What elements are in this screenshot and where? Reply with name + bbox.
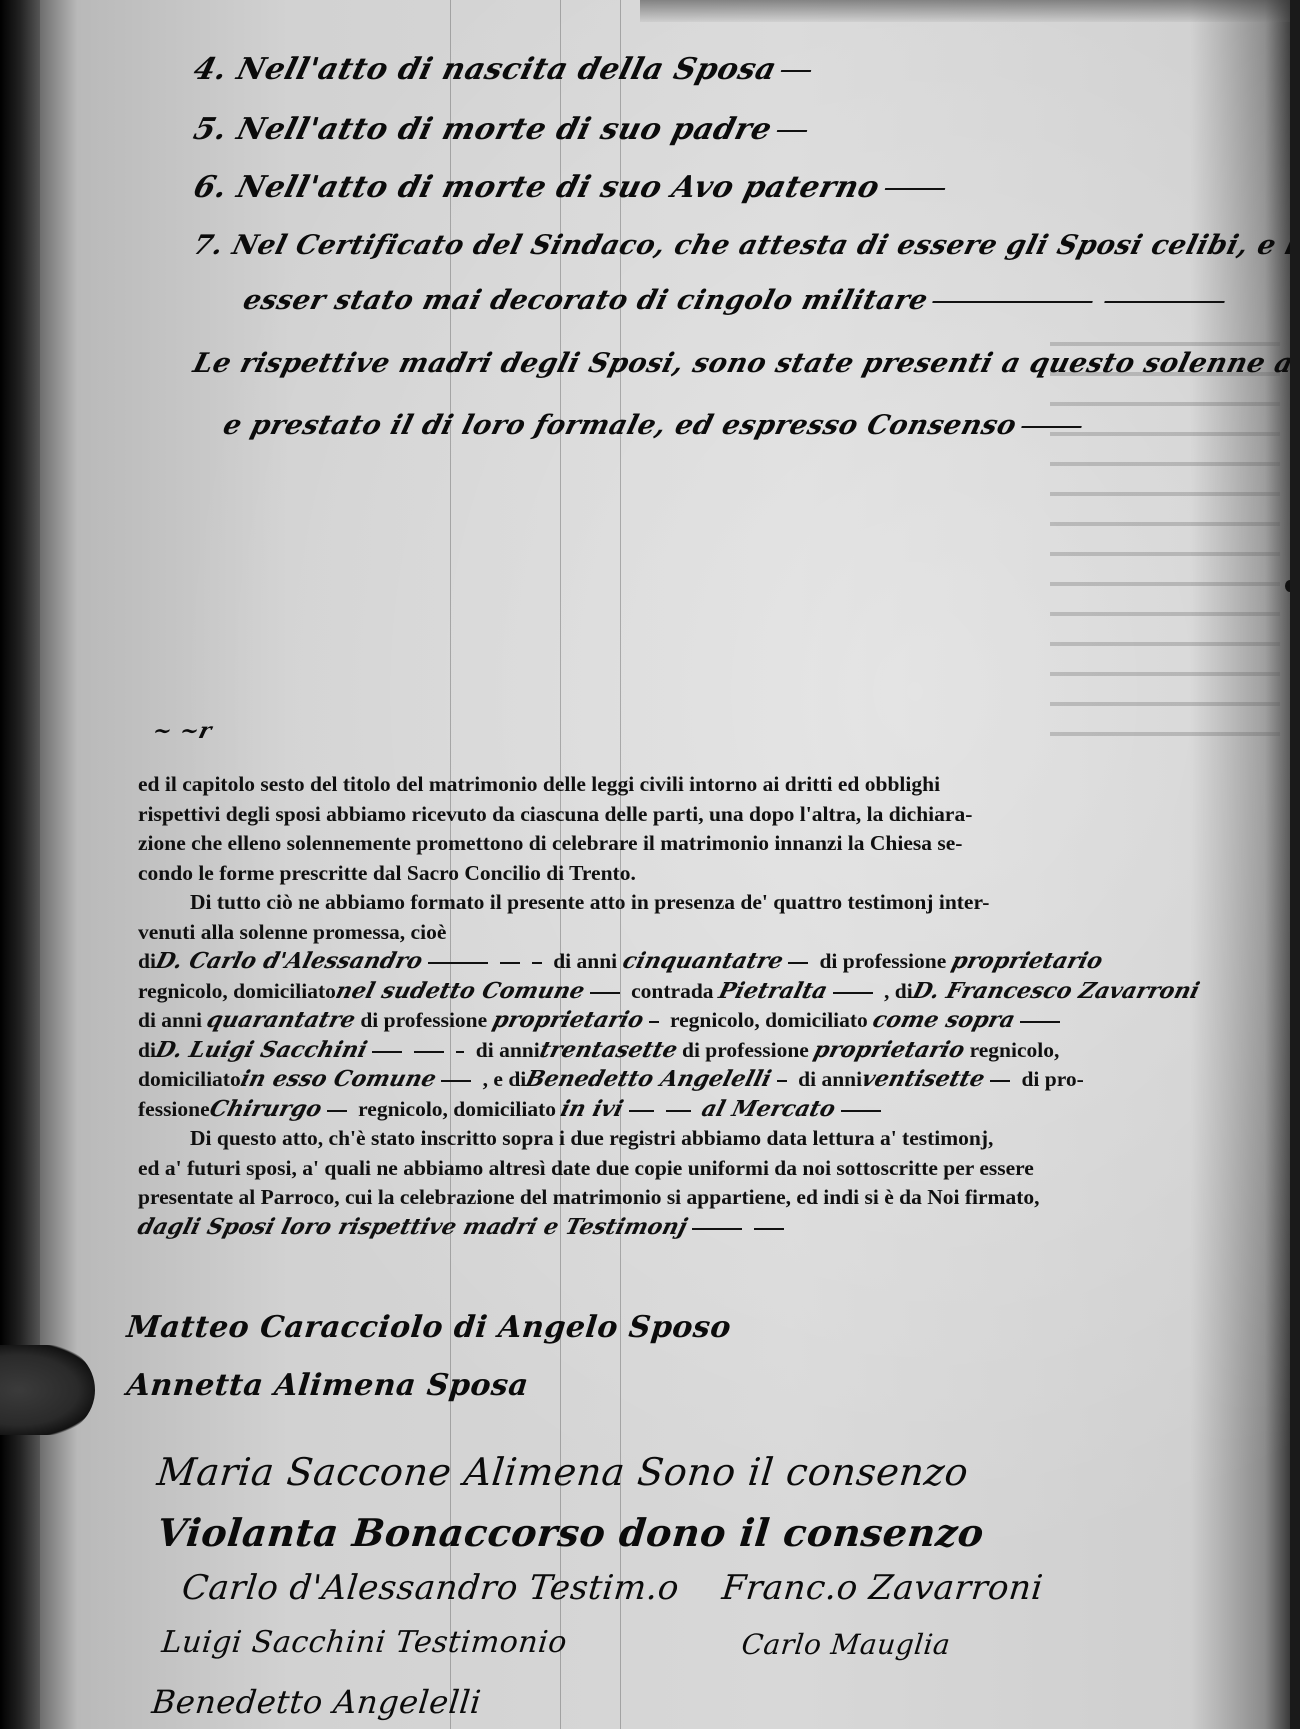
scan-left-edge [0,0,40,1729]
witness-4-name: Benedetto Angelelli [523,1065,775,1095]
printed-line: zione che elleno solennemente promettono… [138,829,1256,859]
printed-line: venuti alla solenne promessa, cioè [138,918,1256,948]
witness-1-residence: nel sudetto Comune [332,977,587,1007]
printed-line: presentate al Parroco, cui la celebrazio… [138,1183,1256,1213]
printed-form-body: ed il capitolo sesto del titolo del matr… [138,770,1256,1242]
witness-1-profession: proprietario [948,947,1105,977]
signature-witness-4: Benedetto Angelelli [150,1683,483,1721]
witness-4-location: al Mercato [699,1095,839,1125]
handwritten-item-7: 7. Nel Certificato del Sindaco, che atte… [190,230,1290,261]
witness-2-profession: proprietario [489,1006,646,1036]
bleed-through-top [640,0,1290,22]
witness-1-residence-line: regnicolo, domiciliatonel sudetto Comune… [138,977,1256,1007]
signature-witness-2: Franc.o Zavarroni [720,1568,1045,1608]
signature-witness-1: Carlo d'Alessandro Testim.o [180,1568,681,1608]
witness-2-age: quarantatre [204,1006,359,1036]
printed-line: ed il capitolo sesto del titolo del matr… [138,770,1256,800]
witness-1-name: D. Carlo d'Alessandro [152,947,425,977]
signature-mother-2: Violanta Bonaccorso dono il consenzo [155,1510,986,1555]
printed-line: Di questo atto, ch'è stato inscritto sop… [138,1124,1256,1154]
printed-line: condo le forme prescritte dal Sacro Conc… [138,859,1256,889]
witness-2-line: di anni quarantatre di professione propr… [138,1006,1256,1036]
witness-3-profession: proprietario [811,1036,968,1066]
witness-2-name: D. Francesco Zavarroni [909,977,1202,1007]
stray-ink-mark: ~ ~r [150,718,215,744]
printed-line: ed a' futuri sposi, a' quali ne abbiamo … [138,1154,1256,1184]
witness-1-street: Pietralta [715,977,830,1007]
witness-4-profession: Chirurgo [206,1095,324,1125]
witness-2-residence: come sopra [869,1006,1018,1036]
witness-1-line: diD. Carlo d'Alessandro di anni cinquant… [138,947,1256,977]
witness-3-line: diD. Luigi Sacchini di annitrentasette d… [138,1036,1256,1066]
witness-3-name: D. Luigi Sacchini [152,1036,370,1066]
signature-bride: Annetta Alimena Sposa [125,1368,530,1403]
handwritten-item-7-cont: esser stato mai decorato di cingolo mili… [240,285,1235,316]
witness-4-age: ventisette [858,1065,987,1095]
signature-official: Carlo Mauglia [740,1628,952,1661]
signature-groom: Matteo Caracciolo di Angelo Sposo [125,1310,733,1345]
handwritten-item-6: 6. Nell'atto di morte di suo Avo paterno [190,170,955,205]
printed-line: Di tutto ciò ne abbiamo formato il prese… [138,888,1256,918]
handwritten-continuation: dagli Sposi loro rispettive madri e Test… [138,1213,1256,1243]
handwritten-item-4: 4. Nell'atto di nascita della Sposa [190,52,822,87]
handwritten-note-line-2: e prestato il di loro formale, ed espres… [220,410,1092,441]
thumb-shadow [0,1345,95,1435]
witness-4-line: fessioneChirurgo regnicolo, domiciliato … [138,1095,1256,1125]
ink-spot [1285,580,1290,592]
handwritten-note-line-1: Le rispettive madri degli Sposi, sono st… [190,348,1290,379]
signature-witness-3: Luigi Sacchini Testimonio [160,1625,569,1660]
printed-line: rispettivi degli sposi abbiamo ricevuto … [138,800,1256,830]
witness-3-residence-line: domiciliatoin esso Comune , e diBenedett… [138,1065,1256,1095]
handwritten-item-5: 5. Nell'atto di morte di suo padre [190,112,818,147]
bleed-through-text [1050,320,1280,740]
signature-mother-1: Maria Saccone Alimena Sono il consenzo [155,1450,971,1494]
witness-3-residence: in esso Comune [237,1065,439,1095]
witness-1-age: cinquantatre [619,947,786,977]
witness-3-age: trentasette [536,1036,680,1066]
witness-4-residence: in ivi [558,1095,627,1125]
